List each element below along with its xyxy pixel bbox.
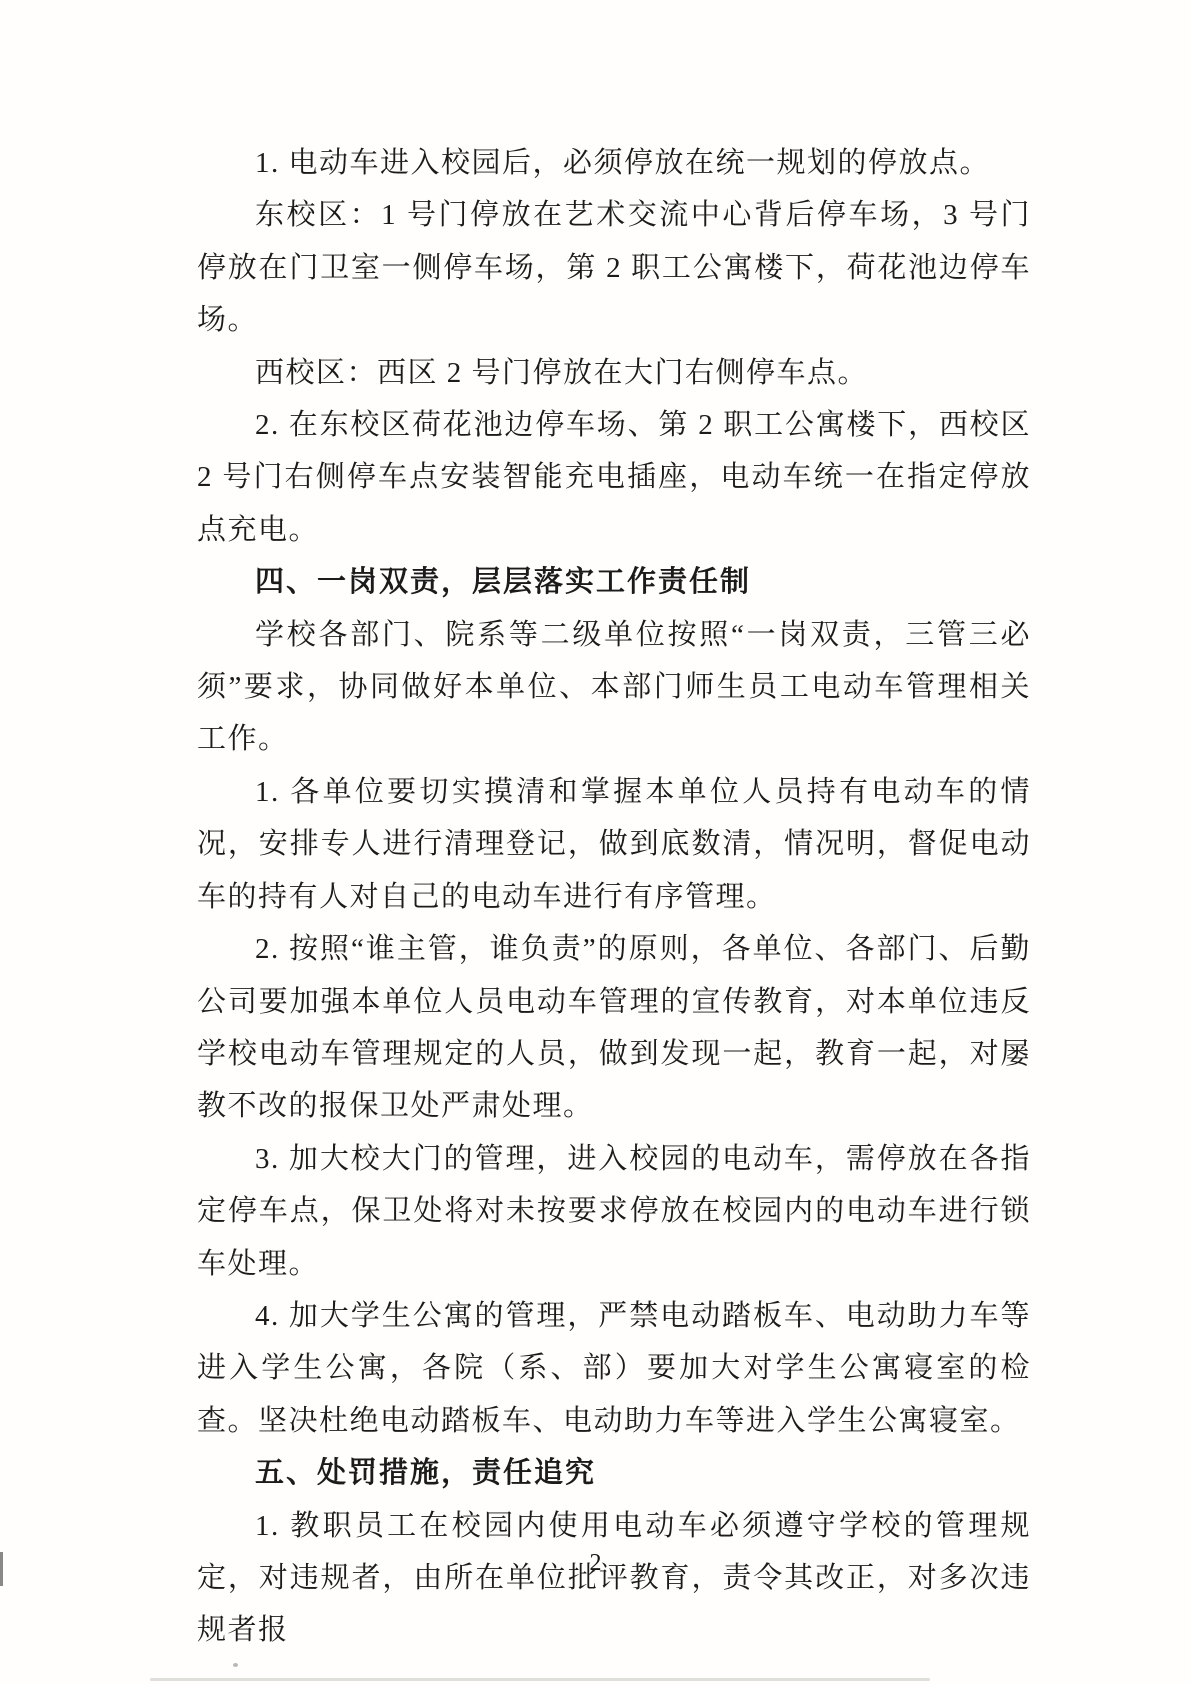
paragraph: 4. 加大学生公寓的管理，严禁电动踏板车、电动助力车等进入学生公寓，各院（系、部… bbox=[197, 1290, 1031, 1447]
paragraph: 1. 教职员工在校园内使用电动车必须遵守学校的管理规定，对违规者，由所在单位批评… bbox=[197, 1500, 1031, 1657]
paragraph: 1. 电动车进入校园后，必须停放在统一规划的停放点。 bbox=[197, 137, 1031, 189]
paragraph: 3. 加大校大门的管理，进入校园的电动车，需停放在各指定停车点，保卫处将对未按要… bbox=[197, 1133, 1031, 1290]
paragraph: 西校区：西区 2 号门停放在大门右侧停车点。 bbox=[197, 347, 1031, 399]
section-heading: 四、一岗双责，层层落实工作责任制 bbox=[197, 556, 1031, 608]
document-page: 1. 电动车进入校园后，必须停放在统一规划的停放点。东校区：1 号门停放在艺术交… bbox=[0, 0, 1191, 1684]
paragraph: 2. 在东校区荷花池边停车场、第 2 职工公寓楼下，西校区 2 号门右侧停车点安… bbox=[197, 399, 1031, 556]
document-body: 1. 电动车进入校园后，必须停放在统一规划的停放点。东校区：1 号门停放在艺术交… bbox=[197, 137, 1031, 1657]
page-number: 2 bbox=[0, 1549, 1191, 1577]
paragraph: 1. 各单位要切实摸清和掌握本单位人员持有电动车的情况，安排专人进行清理登记，做… bbox=[197, 766, 1031, 923]
paragraph: 东校区：1 号门停放在艺术交流中心背后停车场，3 号门停放在门卫室一侧停车场，第… bbox=[197, 189, 1031, 346]
scan-speck-artifact bbox=[233, 1663, 238, 1667]
scan-smudge-artifact bbox=[150, 1678, 930, 1681]
paragraph: 学校各部门、院系等二级单位按照“一岗双责，三管三必须”要求，协同做好本单位、本部… bbox=[197, 609, 1031, 766]
paragraph: 2. 按照“谁主管，谁负责”的原则，各单位、各部门、后勤公司要加强本单位人员电动… bbox=[197, 923, 1031, 1133]
section-heading: 五、处罚措施，责任追究 bbox=[197, 1447, 1031, 1499]
